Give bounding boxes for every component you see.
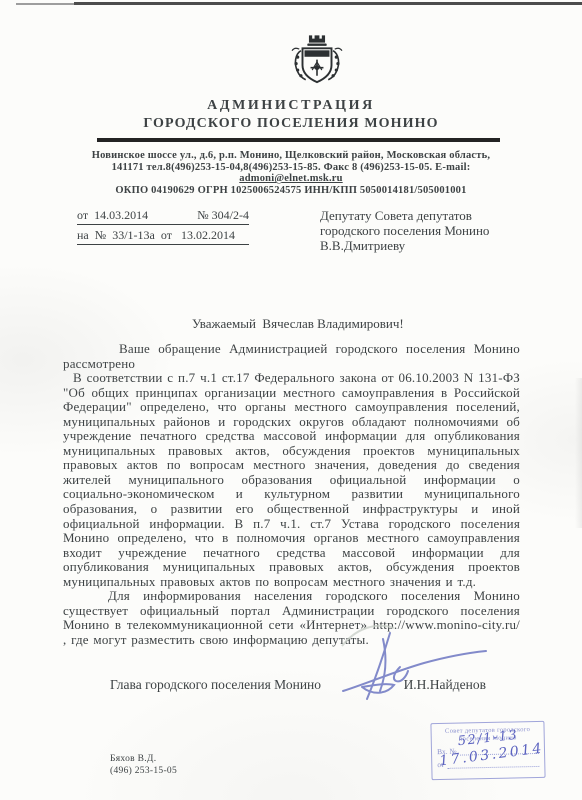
recipient-line1: Депутату Совета депутатов	[320, 209, 489, 224]
letterhead: АДМИНИСТРАЦИЯ ГОРОДСКОГО ПОСЕЛЕНИЯ МОНИН…	[0, 33, 582, 132]
reference-block: от 14.03.2014 № 304/2-4 на № 33/1-13а от…	[77, 208, 249, 248]
address-line1: Новинское шоссе ул., д.6, р.п. Монино, Щ…	[30, 150, 552, 162]
executor-name: Бяхов В.Д.	[110, 753, 177, 765]
outgoing-ref: от 14.03.2014 № 304/2-4	[77, 208, 249, 225]
outgoing-number: № 304/2-4	[197, 208, 249, 223]
signature-autograph	[340, 627, 490, 710]
incoming-ref-text: на № 33/1-13а от 13.02.2014	[77, 228, 235, 243]
recipient-block: Депутату Совета депутатов городского пос…	[320, 209, 489, 253]
org-name-line1: АДМИНИСТРАЦИЯ	[0, 98, 582, 114]
coat-of-arms-icon	[291, 33, 343, 96]
scan-artifact-top-line	[16, 3, 74, 5]
scanned-letter: АДМИНИСТРАЦИЯ ГОРОДСКОГО ПОСЕЛЕНИЯ МОНИН…	[0, 0, 582, 800]
org-name-line2: ГОРОДСКОГО ПОСЕЛЕНИЯ МОНИНО	[0, 116, 582, 132]
requisites-line: ОКПО 04190629 ОГРН 1025006524575 ИНН/КПП…	[30, 185, 552, 197]
executor-phone: (496) 253-15-05	[110, 765, 177, 777]
recipient-line3: В.В.Дмитриеву	[320, 239, 489, 254]
executor-block: Бяхов В.Д. (496) 253-15-05	[110, 753, 177, 777]
signatory-title: Глава городского поселения Монино	[110, 677, 321, 693]
body-paragraph-2: В соответствии с п.7 ч.1 ст.17 Федеральн…	[63, 371, 520, 589]
address-block: Новинское шоссе ул., д.6, р.п. Монино, Щ…	[30, 150, 552, 196]
email-address: admoni@elnet.msk.ru	[30, 173, 552, 185]
scan-artifact-smudge	[575, 378, 582, 528]
recipient-line2: городского поселения Монино	[320, 224, 489, 239]
letter-body: Ваше обращение Администрацией городского…	[63, 342, 520, 647]
incoming-stamp: Совет депутатов городского поселения Мон…	[430, 721, 545, 780]
salutation: Уважаемый Вячеслав Владимирович!	[192, 316, 404, 332]
address-line2: 141171 тел.8(496)253-15-04,8(496)253-15-…	[30, 162, 552, 174]
body-paragraph-1: Ваше обращение Администрацией городского…	[63, 342, 520, 371]
letterhead-divider	[97, 138, 500, 142]
outgoing-date: от 14.03.2014	[77, 208, 148, 223]
scan-artifact-top-line	[74, 2, 582, 5]
incoming-ref: на № 33/1-13а от 13.02.2014	[77, 228, 249, 245]
